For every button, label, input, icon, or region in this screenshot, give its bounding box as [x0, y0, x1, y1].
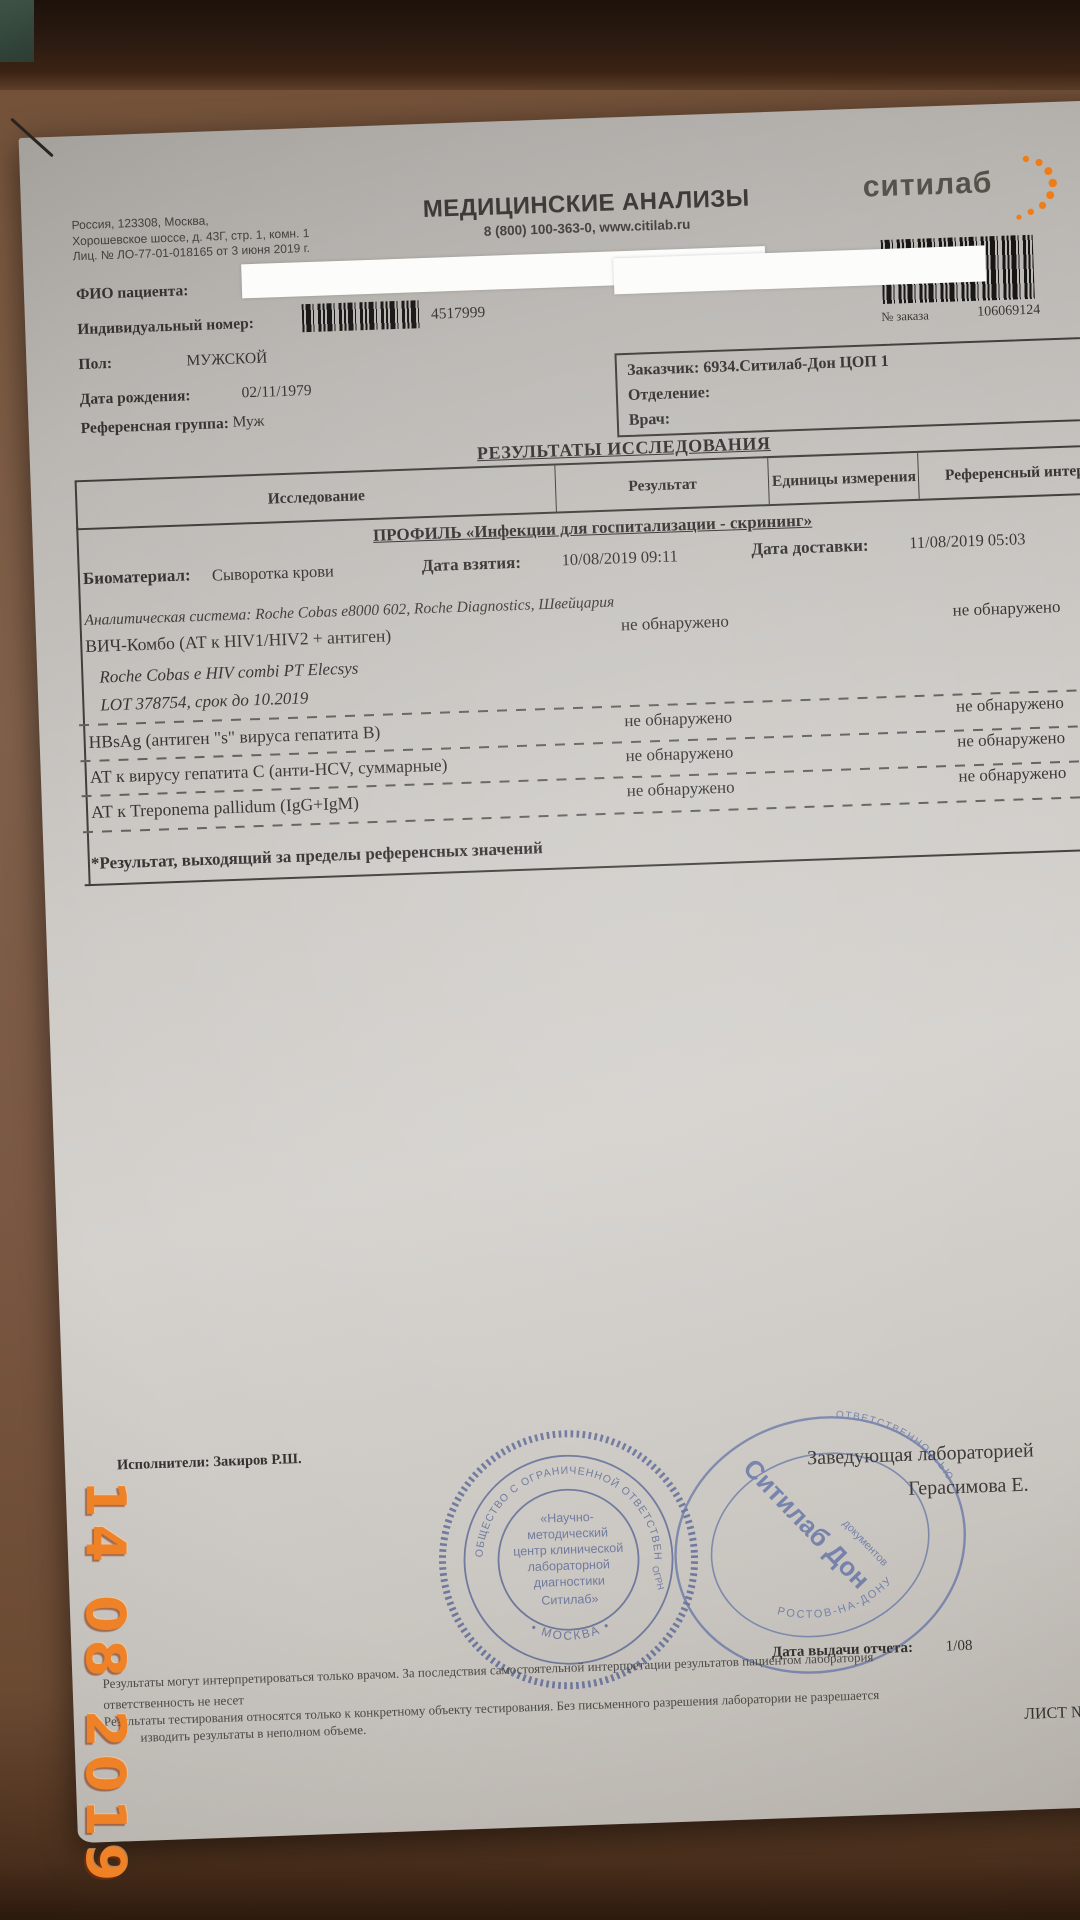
column-reference: Референсный интер: [917, 444, 1080, 499]
test-row-reference: не обнаружено: [957, 728, 1066, 752]
sex-label: Пол:: [78, 355, 112, 374]
patient-id-number: 4517999: [431, 304, 486, 324]
birthdate-label: Дата рождения:: [79, 387, 190, 409]
test-row-name: АТ к Treponema pallidum (IgG+IgM): [91, 793, 360, 823]
delivery-date-label: Дата доставки:: [751, 536, 869, 560]
round-stamp-center-line: лабораторной: [527, 1557, 610, 1574]
test-row-name: ВИЧ-Комбо (АТ к HIV1/HIV2 + антиген): [85, 625, 391, 657]
report-date-value: 1/08: [946, 1638, 973, 1656]
test-row-result: не обнаружено: [621, 612, 730, 636]
lab-head-name: Герасимова Е.: [908, 1474, 1029, 1501]
out-of-range-footnote: *Результат, выходящий за пределы референ…: [91, 838, 544, 874]
round-stamp-center-line: центр клинической: [513, 1541, 623, 1559]
collection-date-value: 10/08/2019 09:11: [561, 546, 678, 570]
citilab-logo-text: ситилаб: [862, 166, 993, 205]
order-number-value: 106069124: [977, 303, 1041, 321]
biomaterial-value: Сыворотка крови: [212, 561, 334, 585]
lab-address-block: Россия, 123308, Москва, Хорошевское шосс…: [71, 210, 310, 265]
analytic-system-line: Аналитическая система: Roche Cobas e8000…: [84, 594, 614, 630]
patient-id-barcode: [302, 300, 423, 332]
svg-text:РОСТОВ-НА-ДОНУ: РОСТОВ-НА-ДОНУ: [773, 1573, 900, 1634]
test-row-result: не обнаружено: [626, 777, 735, 801]
ref-group-label: Референсная группа:: [80, 415, 229, 438]
test-row-reference: не обнаружено: [958, 763, 1067, 787]
patient-id-label: Индивидуальный номер:: [77, 315, 254, 339]
delivery-date-value: 11/08/2019 05:03: [909, 529, 1026, 553]
test-row-method-note: Roche Cobas e HIV combi PT Elecsys: [99, 659, 359, 688]
report-header: МЕДИЦИНСКИЕ АНАЛИЗЫ 8 (800) 100-363-0, w…: [351, 182, 822, 243]
customer-box: Заказчик: 6934.Ситилаб-Дон ЦОП 1 Отделен…: [614, 334, 1080, 437]
svg-text:• МОСКВА •: • МОСКВА •: [528, 1617, 613, 1644]
test-row-reference: не обнаружено: [956, 693, 1065, 717]
ref-group-value: Муж: [232, 413, 264, 432]
round-stamp-center-line: методический: [527, 1525, 608, 1542]
sheet-number: ЛИСТ № 1 и: [1024, 1703, 1080, 1724]
patient-name-label: ФИО пациента:: [76, 282, 189, 304]
wood-table-top-strip: [0, 0, 1080, 90]
performers-line: Исполнители: Закиров Р.Ш.: [117, 1451, 302, 1474]
test-row-result: не обнаружено: [624, 708, 733, 732]
round-stamp-ogrn-text: ОГРН: [650, 1565, 666, 1591]
lab-report-paper: Россия, 123308, Москва, Хорошевское шосс…: [19, 99, 1080, 1843]
column-result: Результат: [554, 458, 769, 511]
biomaterial-label: Биоматериал:: [83, 565, 191, 589]
collection-date-label: Дата взятия:: [421, 553, 521, 576]
test-row-reference: не обнаружено: [952, 597, 1061, 621]
column-units: Единицы измерения: [767, 453, 920, 504]
round-stamp-center-line: «Научно-: [540, 1510, 594, 1526]
round-stamp-center-line: Ситилаб»: [541, 1592, 599, 1608]
citilab-logo-dots-icon: [1008, 152, 1064, 224]
birthdate-value: 02/11/1979: [241, 382, 312, 402]
column-test: Исследование: [77, 466, 556, 529]
green-object-corner: [0, 0, 34, 62]
photo-of-lab-report: { "header": { "address_lines": [ "Россия…: [0, 0, 1080, 1920]
oval-stamp-city-text: РОСТОВ-НА-ДОНУ: [773, 1573, 900, 1634]
sex-value: МУЖСКОЙ: [186, 350, 268, 371]
test-row-name: HBsAg (антиген "s" вируса гепатита В): [88, 722, 380, 753]
round-stamp-center-line: диагностики: [534, 1573, 606, 1589]
orange-date-stamp: 14 08 2019: [74, 1480, 136, 1820]
round-stamp-city-text: • МОСКВА •: [528, 1617, 613, 1644]
test-row-result: не обнаружено: [625, 742, 734, 766]
order-number-label: № заказа: [881, 308, 929, 325]
test-row-lot-note: LOT 378754, срок до 10.2019: [100, 688, 309, 715]
